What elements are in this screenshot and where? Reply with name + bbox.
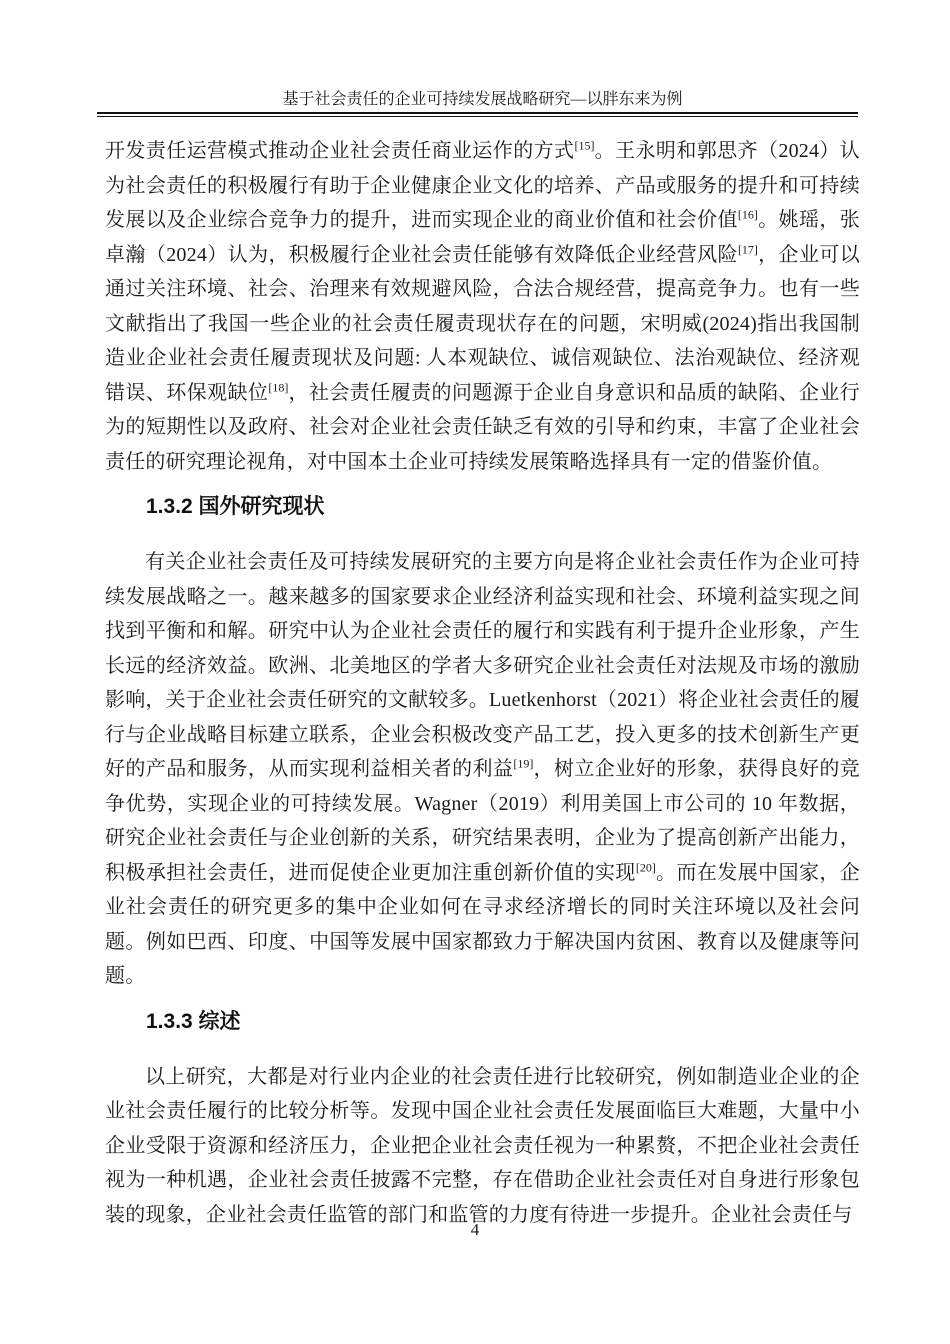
running-header-title: 基于社会责任的企业可持续发展战略研究—以胖东来为例 xyxy=(105,90,860,110)
page-body: 开发责任运营模式推动企业社会责任商业运作的方式[15]。王永明和郭思齐（2024… xyxy=(105,134,860,1232)
paragraph-summary: 以上研究，大都是对行业内企业的社会责任进行比较研究，例如制造业企业的企业社会责任… xyxy=(105,1060,860,1233)
text-run: ，企业可以通过关注环境、社会、治理来有效规避风险，合法合规经营，提高竞争力。也有… xyxy=(105,244,860,404)
text-run: 以上研究，大都是对行业内企业的社会责任进行比较研究，例如制造业企业的企业社会责任… xyxy=(105,1066,860,1226)
citation-ref: [19] xyxy=(513,756,533,770)
header-double-rule xyxy=(97,112,858,117)
citation-ref: [16] xyxy=(738,207,758,221)
document-page: 基于社会责任的企业可持续发展战略研究—以胖东来为例 开发责任运营模式推动企业社会… xyxy=(0,0,950,1344)
citation-ref: [15] xyxy=(574,138,594,152)
page-number: 4 xyxy=(0,1220,950,1240)
section-heading-1-3-2: 1.3.2 国外研究现状 xyxy=(146,494,860,520)
paragraph-foreign-research: 有关企业社会责任及可持续发展研究的主要方向是将企业社会责任作为企业可持续发展战略… xyxy=(105,545,860,994)
citation-ref: [17] xyxy=(738,242,758,256)
citation-ref: [20] xyxy=(636,860,656,874)
section-heading-1-3-3: 1.3.3 综述 xyxy=(146,1009,860,1035)
paragraph-domestic-research: 开发责任运营模式推动企业社会责任商业运作的方式[15]。王永明和郭思齐（2024… xyxy=(105,134,860,479)
citation-ref: [18] xyxy=(268,380,288,394)
text-run: 开发责任运营模式推动企业社会责任商业运作的方式 xyxy=(105,140,574,162)
text-run: 有关企业社会责任及可持续发展研究的主要方向是将企业社会责任作为企业可持续发展战略… xyxy=(105,551,860,780)
